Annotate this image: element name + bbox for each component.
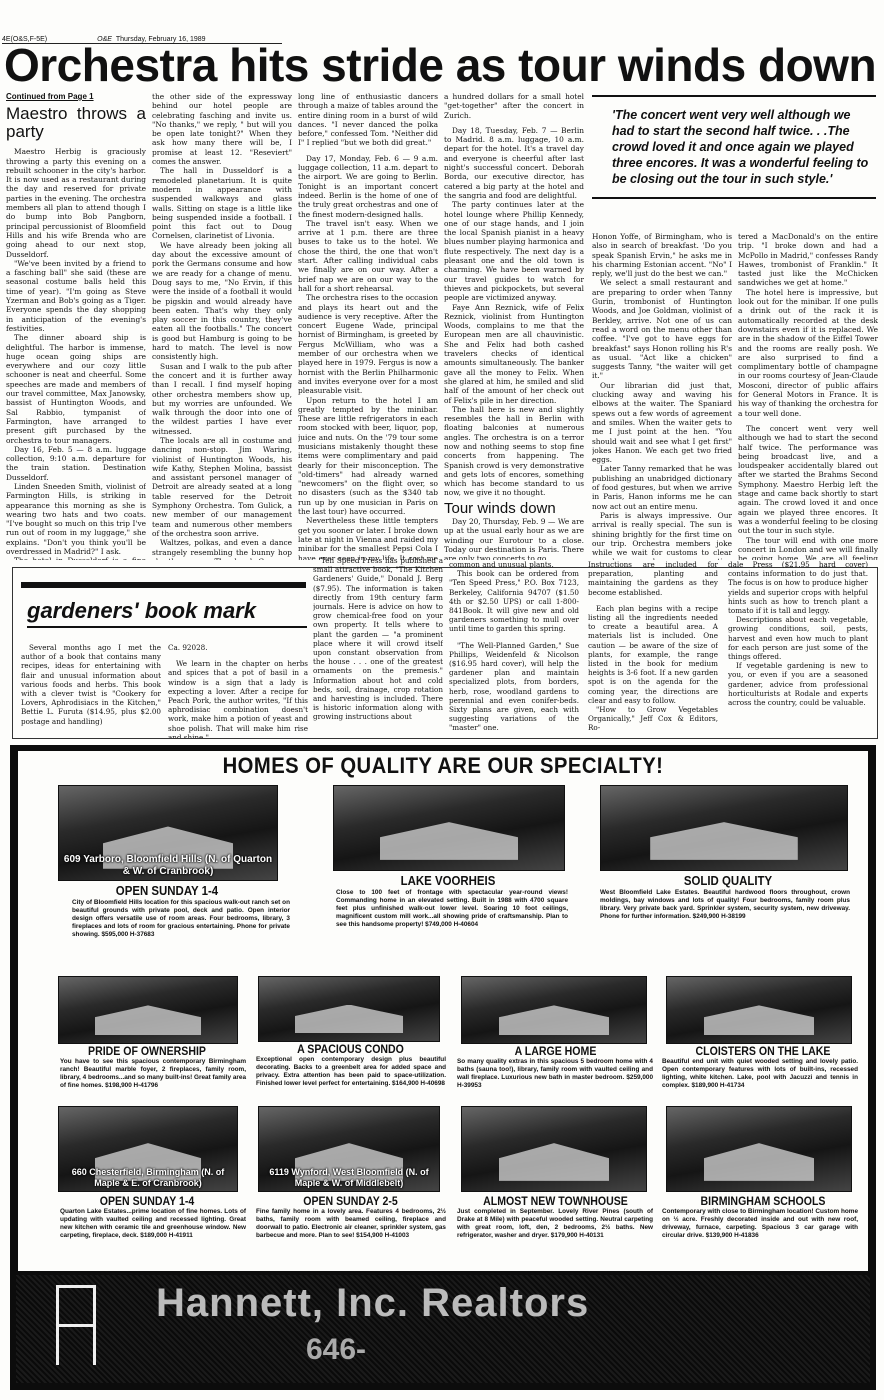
- listing-solid-quality: SOLID QUALITY West Bloomfield Lake Estat…: [588, 785, 868, 955]
- paragraph: Several months ago I met the author of a…: [21, 643, 161, 726]
- paragraph: Paris is always impressive. Our arrival …: [592, 511, 732, 560]
- house-photo: [333, 785, 565, 871]
- garden-column-6: dale Press ($21.95 hard cover) contains …: [728, 560, 868, 738]
- paragraph: Each plan begins with a recipe listing a…: [588, 604, 718, 705]
- paragraph: Day 16, Feb. 5 — 8 a.m. luggage collecti…: [6, 445, 146, 482]
- photo-caption: 660 Chesterfield, Birmingham (N. of Mapl…: [59, 1167, 237, 1189]
- article-column-6: tered a MacDonald's on the entire trip. …: [738, 232, 878, 560]
- paragraph: Nevertheless these little tempters get y…: [298, 516, 438, 560]
- listing-heading: ALMOST NEW TOWNHOUSE: [465, 1194, 645, 1208]
- listing-birmingham-schools: BIRMINGHAM SCHOOLS Contemporary with clo…: [658, 1106, 868, 1266]
- house-photo: [666, 976, 852, 1044]
- paragraph: dale Press ($21.95 hard cover) contains …: [728, 560, 868, 615]
- house-image: [380, 822, 518, 860]
- listing-heading: OPEN SUNDAY 1-4: [57, 883, 277, 898]
- paragraph: Ten Speed Press has published a small at…: [313, 556, 443, 722]
- paragraph: We select a small restaurant and are pre…: [592, 278, 732, 380]
- listing-heading: SOLID QUALITY: [605, 873, 851, 888]
- house-image: [295, 1005, 403, 1034]
- listing-description: Beautiful end unit with quiet wooded set…: [662, 1058, 858, 1090]
- listing-wynford: 6119 Wynford, West Bloomfield (N. of Map…: [248, 1106, 453, 1266]
- ad-title: HOMES OF QUALITY ARE OUR SPECIALTY!: [52, 753, 834, 779]
- listing-heading: LAKE VOORHEIS: [334, 873, 563, 888]
- listing-description: City of Bloomfield Hills location for th…: [72, 899, 290, 939]
- paragraph: Waltzes, polkas, and even a dance strang…: [152, 538, 292, 560]
- paragraph: The hotel here is impressive, but look o…: [738, 288, 878, 418]
- listing-description: So many quality extras in this spacious …: [457, 1058, 653, 1090]
- article-column-4: a hundred dollars for a small hotel "get…: [444, 92, 584, 560]
- garden-column-5: Instructions are included for preparatio…: [588, 560, 718, 738]
- paragraph: Honon Yoffe, of Birmingham, who is also …: [592, 232, 732, 278]
- paragraph: "We've been invited by a friend to a fas…: [6, 259, 146, 333]
- listing-description: Close to 100 feet of frontage with spect…: [336, 889, 568, 929]
- listing-description: Just completed in September. Lovely Rive…: [457, 1208, 653, 1240]
- subhead-tour-winds-down: Tour winds down: [444, 504, 584, 513]
- house-image: [499, 1143, 609, 1181]
- paragraph: If vegetable gardening is new to you, or…: [728, 661, 868, 707]
- article-column-1: Continued from Page 1 Maestro throws a p…: [6, 92, 146, 560]
- paragraph: The tour will end with one more concert …: [738, 536, 878, 561]
- paragraph: Day 17, Monday, Feb. 6 — 9 a.m. luggage …: [298, 154, 438, 219]
- paragraph: common and unusual plants.: [449, 560, 579, 569]
- house-image: [95, 1005, 202, 1035]
- paragraph: Day 20, Thursday, Feb. 9 — We are up at …: [444, 517, 584, 560]
- house-photo: 660 Chesterfield, Birmingham (N. of Mapl…: [58, 1106, 238, 1192]
- listings-panel: HOMES OF QUALITY ARE OUR SPECIALTY! 609 …: [18, 751, 868, 1271]
- house-image: [650, 822, 798, 860]
- listing-heading: A SPACIOUS CONDO: [260, 1042, 440, 1056]
- paragraph: a hundred dollars for a small hotel "get…: [444, 92, 584, 120]
- subhead-maestro: Maestro throws a party: [6, 105, 146, 141]
- photo-caption: 609 Yarboro, Bloomfield Hills (N. of Qua…: [59, 854, 277, 878]
- house-photo: [666, 1106, 852, 1192]
- house-photo: [461, 976, 647, 1044]
- paragraph: long line of enthusiastic dancers throug…: [298, 92, 438, 148]
- listing-heading: PRIDE OF OWNERSHIP: [55, 1044, 240, 1058]
- listing-heading: A LARGE HOME: [465, 1044, 645, 1058]
- paragraph: The hall in Dusseldorf is a remodeled pl…: [152, 166, 292, 240]
- listing-description: Exceptional open contemporary design plu…: [256, 1056, 446, 1088]
- garden-column-1: Several months ago I met the author of a…: [21, 643, 161, 738]
- paragraph: The hall here is new and slightly resemb…: [444, 405, 584, 498]
- paragraph: Faye Ann Reznick, wife of Felix Reznick,…: [444, 303, 584, 405]
- house-photo: [58, 976, 238, 1044]
- paragraph: The hotel in Dusseldorf is a fine one, b…: [6, 556, 146, 560]
- house-photo: [258, 976, 440, 1042]
- listing-description: Quarton Lake Estates...prime location of…: [60, 1208, 246, 1240]
- listing-description: You have to see this spacious contempora…: [60, 1058, 246, 1090]
- listing-lake-voorheis: LAKE VOORHEIS Close to 100 feet of front…: [318, 785, 578, 955]
- paragraph: "The Well-Planned Garden," Sue Phillips,…: [449, 641, 579, 733]
- listing-almost-new-townhouse: ALMOST NEW TOWNHOUSE Just completed in S…: [453, 1106, 658, 1266]
- garden-column-3: Ten Speed Press has published a small at…: [313, 556, 443, 738]
- listing-heading: CLOISTERS ON THE LAKE: [671, 1044, 856, 1058]
- listing-pride-of-ownership: PRIDE OF OWNERSHIP You have to see this …: [42, 976, 252, 1101]
- listing-cloisters-on-the-lake: CLOISTERS ON THE LAKE Beautiful end unit…: [658, 976, 868, 1101]
- paragraph: We have already been joking all day abou…: [152, 241, 292, 362]
- realtor-banner: Hannett, Inc. Realtors 646-: [16, 1275, 870, 1383]
- listing-description: Contemporary with close to Birmingham lo…: [662, 1208, 858, 1240]
- house-image: [499, 1005, 609, 1035]
- house-image: [704, 1143, 814, 1181]
- paragraph: The locals are all in costume and dancin…: [152, 436, 292, 538]
- real-estate-advertisement: HOMES OF QUALITY ARE OUR SPECIALTY! 609 …: [10, 745, 876, 1390]
- paragraph: The party continues later at the hotel l…: [444, 200, 584, 302]
- paragraph: This book can be ordered from "Ten Speed…: [449, 569, 579, 633]
- article-column-2: the other side of the expressway behind …: [152, 92, 292, 560]
- continued-label: Continued from Page 1: [6, 92, 146, 101]
- paragraph: We learn in the chapter on herbs and spi…: [168, 659, 308, 738]
- article-column-5: Honon Yoffe, of Birmingham, who is also …: [592, 232, 732, 560]
- paragraph: Descriptions about each vegetable, growi…: [728, 615, 868, 661]
- house-photo: [461, 1106, 647, 1192]
- paragraph: Day 18, Tuesday, Feb. 7 — Berlin to Madr…: [444, 126, 584, 200]
- listing-chesterfield: 660 Chesterfield, Birmingham (N. of Mapl…: [42, 1106, 252, 1266]
- listing-large-home: A LARGE HOME So many quality extras in t…: [453, 976, 658, 1101]
- listing-heading: BIRMINGHAM SCHOOLS: [671, 1194, 856, 1208]
- house-photo: 609 Yarboro, Bloomfield Hills (N. of Qua…: [58, 785, 278, 881]
- photo-caption: 6119 Wynford, West Bloomfield (N. of Map…: [259, 1167, 439, 1189]
- paragraph: The travel isn't easy. When we arrive at…: [298, 219, 438, 293]
- page-headline: Orchestra hits stride as tour winds down: [0, 40, 884, 90]
- listing-spacious-condo: A SPACIOUS CONDO Exceptional open contem…: [248, 976, 453, 1101]
- house-image: [704, 1005, 814, 1035]
- garden-column-4: common and unusual plants. This book can…: [449, 560, 579, 738]
- gardeners-book-mark-section: gardeners' book mark Several months ago …: [12, 567, 878, 739]
- house-photo: 6119 Wynford, West Bloomfield (N. of Map…: [258, 1106, 440, 1192]
- paragraph: Maestro Herbig is graciously throwing a …: [6, 147, 146, 259]
- paragraph: Instructions are included for preparatio…: [588, 560, 718, 597]
- article-column-3: long line of enthusiastic dancers throug…: [298, 92, 438, 560]
- realtor-name: Hannett, Inc. Realtors: [156, 1281, 589, 1326]
- listing-heading: OPEN SUNDAY 1-4: [55, 1194, 240, 1208]
- paragraph: "How to Grow Vegetables Organically," Je…: [588, 705, 718, 733]
- pull-quote: 'The concert went very well although we …: [592, 95, 876, 199]
- section-rule: [21, 582, 306, 588]
- paragraph: Later Tanny remarked that he was publish…: [592, 464, 732, 510]
- paragraph: Linden Sneeden Smith, violinist of Farmi…: [6, 482, 146, 556]
- paragraph: Susan and I walk to the pub after the co…: [152, 362, 292, 436]
- paragraph: The orchestra rises to the occasion and …: [298, 293, 438, 395]
- realtor-phone: 646-: [306, 1333, 366, 1367]
- paragraph: tered a MacDonald's on the entire trip. …: [738, 232, 878, 288]
- listing-yarboro: 609 Yarboro, Bloomfield Hills (N. of Qua…: [42, 785, 292, 955]
- section-title: gardeners' book mark: [27, 598, 307, 628]
- house-photo: [600, 785, 848, 871]
- realtor-logo-icon: [56, 1285, 96, 1365]
- garden-column-2: Ca. 92028. We learn in the chapter on he…: [168, 643, 308, 738]
- listing-description: West Bloomfield Lake Estates. Beautiful …: [600, 889, 850, 921]
- paragraph: Upon return to the hotel I am greatly te…: [298, 396, 438, 517]
- paragraph: The dinner aboard ship is delightful. Th…: [6, 333, 146, 445]
- listing-heading: OPEN SUNDAY 2-5: [260, 1194, 440, 1208]
- paragraph: the other side of the expressway behind …: [152, 92, 292, 166]
- paragraph: Our librarian did just that, clucking aw…: [592, 381, 732, 465]
- listing-description: Fine family home in a lovely area. Featu…: [256, 1208, 446, 1240]
- paragraph: Ca. 92028.: [168, 643, 308, 652]
- paragraph: The concert went very well although we h…: [738, 424, 878, 536]
